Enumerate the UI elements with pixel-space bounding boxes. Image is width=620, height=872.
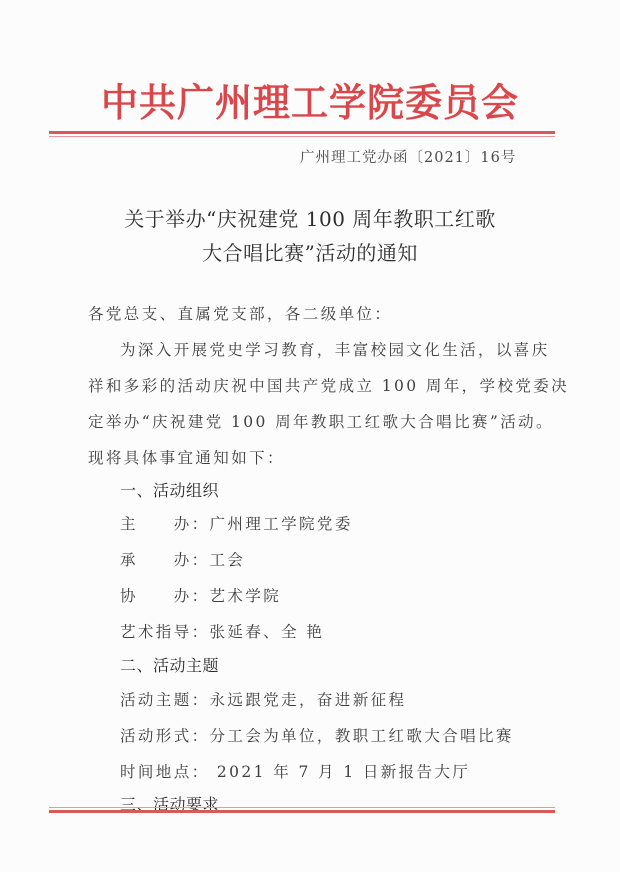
intro-line-1: 为深入开展党史学习教育，丰富校园文化生活，以喜庆 xyxy=(120,338,550,360)
intro-line-4: 现将具体事宜通知如下： xyxy=(88,446,285,468)
section-heading-organization: 一、活动组织 xyxy=(120,478,219,501)
section-heading-theme: 二、活动主题 xyxy=(120,653,219,676)
item-label: 活动主题： xyxy=(120,688,210,710)
theme-item-theme: 活动主题：永远跟党走，奋进新征程 xyxy=(120,688,406,710)
org-name-header: 中共广州理工学院委员会 xyxy=(0,71,620,128)
footer-red-rule xyxy=(49,807,555,813)
item-value: 2021 年 7 月 1 日新报告大厅 xyxy=(210,763,471,781)
salutation: 各党总支、直属党支部，各二级单位： xyxy=(88,302,392,324)
item-value: 分工会为单位，教职工红歌大合唱比赛 xyxy=(210,727,514,745)
item-label: 活动形式： xyxy=(120,724,210,746)
document-page: 中共广州理工学院委员会 广州理工党办函〔2021〕16号 关于举办“庆祝建党 1… xyxy=(0,0,620,872)
doc-number: 广州理工党办函〔2021〕16号 xyxy=(300,146,516,167)
intro-line-2: 祥和多彩的活动庆祝中国共产党成立 100 周年，学校党委决 xyxy=(88,374,569,396)
item-value: 永远跟党走，奋进新征程 xyxy=(210,691,407,709)
item-value: 艺术学院 xyxy=(210,587,282,605)
theme-item-format: 活动形式：分工会为单位，教职工红歌大合唱比赛 xyxy=(120,724,514,746)
item-label: 时间地点： xyxy=(120,760,210,782)
notice-title-line2: 大合唱比赛”活动的通知 xyxy=(0,237,620,266)
item-value: 张延春、全 艳 xyxy=(210,623,325,641)
item-label: 协 办： xyxy=(120,584,210,606)
item-label: 主 办： xyxy=(120,512,210,534)
intro-line-3: 定举办“庆祝建党 100 周年教职工红歌大合唱比赛”活动。 xyxy=(88,410,554,432)
header-red-rule xyxy=(49,131,555,137)
org-item-art-director: 艺术指导：张延春、全 艳 xyxy=(120,620,324,642)
item-value: 工会 xyxy=(210,551,246,569)
org-item-host: 主 办：广州理工学院党委 xyxy=(120,512,353,534)
theme-item-time-place: 时间地点： 2021 年 7 月 1 日新报告大厅 xyxy=(120,760,470,782)
notice-title-line1: 关于举办“庆祝建党 100 周年教职工红歌 xyxy=(0,203,620,232)
item-label: 承 办： xyxy=(120,548,210,570)
org-item-organizer: 承 办：工会 xyxy=(120,548,245,570)
org-item-co-organizer: 协 办：艺术学院 xyxy=(120,584,281,606)
item-value: 广州理工学院党委 xyxy=(210,515,353,533)
item-label: 艺术指导： xyxy=(120,620,210,642)
